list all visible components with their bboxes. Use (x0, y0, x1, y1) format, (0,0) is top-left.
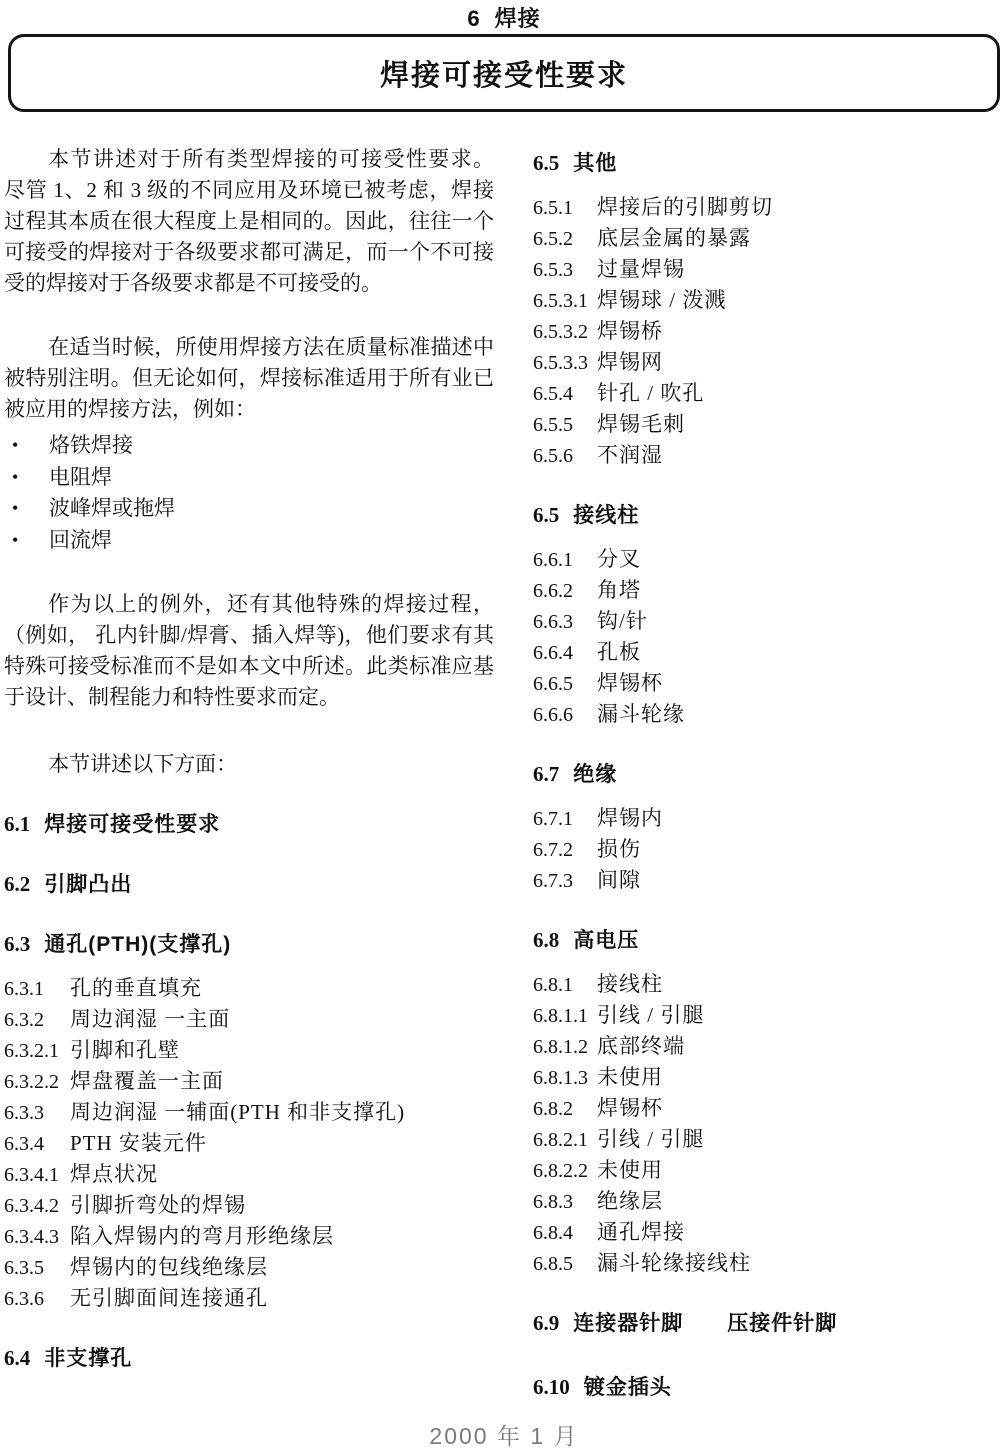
toc-item-number: 6.5.6 (533, 441, 597, 472)
toc-item: 6.6.1分叉 (533, 544, 1005, 575)
toc-heading-number: 6.5 (533, 151, 559, 175)
paragraph-methods: 在适当时候，所使用焊接方法在质量标准描述中被特别注明。但无论如何，焊接标准适用于… (4, 332, 494, 425)
toc-item-number: 6.8.1.2 (533, 1032, 597, 1063)
toc-item-number: 6.5.3.3 (533, 348, 597, 379)
toc-heading-label: 镀金插头 (584, 1376, 672, 1399)
toc-item-number: 6.7.3 (533, 866, 597, 897)
toc-item-number: 6.8.5 (533, 1249, 597, 1280)
toc-item: 6.6.4孔板 (533, 637, 1005, 668)
toc-item: 6.8.1.1引线 / 引腿 (533, 1000, 1005, 1031)
toc-item-number: 6.3.3 (4, 1098, 70, 1129)
toc-heading-label: 焊接可接受性要求 (44, 813, 220, 836)
toc-item-label: 通孔焊接 (597, 1220, 685, 1244)
toc-item-label: 漏斗轮缘 (597, 702, 685, 726)
toc-item: 6.3.4.3陷入焊锡内的弯月形绝缘层 (4, 1221, 494, 1252)
toc-item: 6.8.1接线柱 (533, 969, 1005, 1000)
toc-item-number: 6.6.2 (533, 576, 597, 607)
toc-item-label: 焊锡杯 (597, 671, 663, 695)
toc-heading-label: 非支撑孔 (44, 1347, 132, 1370)
bullet-icon: • (12, 462, 18, 494)
toc-heading-number: 6.7 (533, 762, 559, 786)
toc-item: 6.6.6漏斗轮缘 (533, 699, 1005, 730)
paragraph-overview: 本节讲述对于所有类型焊接的可接受性要求。 尽管 1、2 和 3 级的不同应用及环… (4, 144, 494, 299)
toc-item: 6.8.2焊锡杯 (533, 1093, 1005, 1124)
toc-item: 6.5.3.2焊锡桥 (533, 316, 1005, 347)
toc-item: 6.8.1.3未使用 (533, 1062, 1005, 1093)
toc-heading: 6.8高电压 (533, 925, 1005, 956)
toc-item: 6.3.1孔的垂直填充 (4, 973, 494, 1004)
toc-item: 6.3.5焊锡内的包线绝缘层 (4, 1252, 494, 1283)
toc-heading-label: 高电压 (573, 929, 639, 952)
toc-heading-number: 6.10 (533, 1375, 570, 1399)
toc-item-label: 钩/针 (597, 609, 648, 633)
toc-item: 6.3.3周边润湿 一辅面(PTH 和非支撑孔) (4, 1097, 494, 1128)
toc-item-number: 6.5.5 (533, 410, 597, 441)
toc-item-label: 角塔 (597, 578, 641, 602)
toc-item: 6.6.3钩/针 (533, 606, 1005, 637)
toc-item: 6.5.1焊接后的引脚剪切 (533, 192, 1005, 223)
toc-item-label: 引线 / 引腿 (597, 1127, 704, 1151)
toc-item: 6.5.3过量焊锡 (533, 254, 1005, 285)
toc-item: 6.3.6无引脚面间连接通孔 (4, 1283, 494, 1314)
toc-item: 6.3.2.2焊盘覆盖一主面 (4, 1066, 494, 1097)
toc-item: 6.5.3.3焊锡网 (533, 347, 1005, 378)
toc-item-number: 6.8.2.1 (533, 1125, 597, 1156)
toc-heading-number: 6.2 (4, 872, 30, 896)
toc-item-label: 焊锡内 (597, 806, 663, 830)
toc-item: 6.8.2.2未使用 (533, 1155, 1005, 1186)
toc-heading: 6.10镀金插头 (533, 1372, 1005, 1403)
toc-item-number: 6.3.2.1 (4, 1036, 70, 1067)
toc-heading-label: 连接器针脚 压接件针脚 (573, 1312, 837, 1335)
toc-item: 6.5.5焊锡毛刺 (533, 409, 1005, 440)
toc-item: 6.5.4针孔 / 吹孔 (533, 378, 1005, 409)
toc-item: 6.8.4通孔焊接 (533, 1217, 1005, 1248)
toc-item: 6.3.4.2引脚折弯处的焊锡 (4, 1190, 494, 1221)
toc-item-label: 孔的垂直填充 (70, 976, 202, 1000)
toc-item-number: 6.3.4.2 (4, 1191, 70, 1222)
toc-item-number: 6.3.6 (4, 1284, 70, 1315)
toc-item-number: 6.6.3 (533, 607, 597, 638)
toc-item-label: 孔板 (597, 640, 641, 664)
toc-item-label: 周边润湿 一辅面(PTH 和非支撑孔) (70, 1100, 405, 1124)
toc-item-label: 漏斗轮缘接线柱 (597, 1251, 751, 1275)
toc-item-number: 6.8.4 (533, 1218, 597, 1249)
toc-item-number: 6.5.3 (533, 255, 597, 286)
toc-item-label: 不润湿 (597, 443, 663, 467)
toc-item: 6.7.1焊锡内 (533, 803, 1005, 834)
toc-item-number: 6.5.4 (533, 379, 597, 410)
toc-item-label: 分叉 (597, 547, 641, 571)
toc-item-number: 6.5.1 (533, 193, 597, 224)
toc-heading-label: 其他 (573, 152, 617, 175)
paragraph-exceptions: 作为以上的例外，还有其他特殊的焊接过程，（例如， 孔内针脚/焊膏、插入焊等)，他… (4, 589, 494, 713)
list-item: • 回流焊 (4, 525, 494, 557)
toc-item-number: 6.6.6 (533, 700, 597, 731)
toc-item-number: 6.3.2 (4, 1005, 70, 1036)
chapter-header: 6焊接 (0, 2, 1008, 33)
toc-item-number: 6.6.5 (533, 669, 597, 700)
toc-item-label: 底部终端 (597, 1034, 685, 1058)
toc-heading: 6.3通孔(PTH)(支撑孔) (4, 929, 494, 960)
toc-item: 6.6.2角塔 (533, 575, 1005, 606)
toc-item-label: 底层金属的暴露 (597, 226, 751, 250)
toc-item-label: 焊锡球 / 泼溅 (597, 288, 726, 312)
toc-heading: 6.1焊接可接受性要求 (4, 809, 494, 840)
toc-item-label: 焊锡桥 (597, 319, 663, 343)
chapter-number: 6 (467, 6, 480, 31)
toc-heading-label: 绝缘 (573, 763, 617, 786)
toc-item: 6.3.4PTH 安装元件 (4, 1128, 494, 1159)
toc-item-label: 引脚折弯处的焊锡 (70, 1193, 246, 1217)
toc-item-label: 无引脚面间连接通孔 (70, 1286, 268, 1310)
toc-item-number: 6.3.1 (4, 974, 70, 1005)
toc-item-number: 6.8.2.2 (533, 1156, 597, 1187)
document-page: 6焊接 焊接可接受性要求 本节讲述对于所有类型焊接的可接受性要求。 尽管 1、2… (0, 0, 1008, 1454)
section-title-box: 焊接可接受性要求 (8, 34, 1000, 112)
toc-item-label: 焊锡内的包线绝缘层 (70, 1255, 268, 1279)
toc-item: 6.3.2周边润湿 一主面 (4, 1004, 494, 1035)
chapter-title: 焊接 (495, 6, 541, 31)
toc-heading: 6.7绝缘 (533, 759, 1005, 790)
toc-item: 6.8.2.1引线 / 引腿 (533, 1124, 1005, 1155)
toc-item-number: 6.3.2.2 (4, 1067, 70, 1098)
list-item-label: 电阻焊 (49, 465, 112, 489)
toc-item-label: 未使用 (597, 1065, 663, 1089)
toc-item-number: 6.5.2 (533, 224, 597, 255)
toc-heading: 6.5接线柱 (533, 500, 1005, 531)
toc-heading: 6.5其他 (533, 148, 1005, 179)
toc-heading: 6.9连接器针脚 压接件针脚 (533, 1308, 1005, 1339)
toc-item-number: 6.8.3 (533, 1187, 597, 1218)
toc-item-label: 周边润湿 一主面 (70, 1007, 230, 1031)
toc-item-label: 引线 / 引腿 (597, 1003, 704, 1027)
toc-item: 6.8.3绝缘层 (533, 1186, 1005, 1217)
toc-item-number: 6.6.4 (533, 638, 597, 669)
toc-heading-number: 6.3 (4, 932, 30, 956)
bullet-icon: • (12, 525, 18, 557)
footer-date: 2000 年 1 月 (0, 1418, 1008, 1451)
toc-item-label: 接线柱 (597, 972, 663, 996)
toc-item-label: 焊锡杯 (597, 1096, 663, 1120)
soldering-method-list: • 烙铁焊接 • 电阻焊 • 波峰焊或拖焊 • 回流焊 (4, 430, 494, 556)
toc-heading-number: 6.4 (4, 1346, 30, 1370)
toc-item: 6.8.1.2底部终端 (533, 1031, 1005, 1062)
right-column: 6.5其他 6.5.1焊接后的引脚剪切 6.5.2底层金属的暴露 6.5.3过量… (533, 130, 1005, 1416)
toc-item-number: 6.8.1.1 (533, 1001, 597, 1032)
toc-item-number: 6.7.2 (533, 835, 597, 866)
toc-item-label: 陷入焊锡内的弯月形绝缘层 (70, 1224, 334, 1248)
toc-item-label: 焊锡网 (597, 350, 663, 374)
list-item: • 电阻焊 (4, 462, 494, 494)
toc-heading-number: 6.8 (533, 928, 559, 952)
toc-item-label: 焊锡毛刺 (597, 412, 685, 436)
toc-heading-number: 6.1 (4, 812, 30, 836)
toc-item: 6.5.2底层金属的暴露 (533, 223, 1005, 254)
toc-item: 6.5.3.1焊锡球 / 泼溅 (533, 285, 1005, 316)
toc-heading-label: 引脚凸出 (44, 873, 132, 896)
toc-item-label: 针孔 / 吹孔 (597, 381, 704, 405)
toc-item: 6.5.6不润湿 (533, 440, 1005, 471)
bullet-icon: • (12, 493, 18, 525)
toc-item-number: 6.6.1 (533, 545, 597, 576)
list-item-label: 回流焊 (49, 528, 112, 552)
toc-item: 6.3.4.1焊点状况 (4, 1159, 494, 1190)
section-title: 焊接可接受性要求 (380, 53, 628, 94)
toc-item-label: 未使用 (597, 1158, 663, 1182)
toc-item-label: 间隙 (597, 868, 641, 892)
toc-heading-number: 6.5 (533, 503, 559, 527)
toc-item-number: 6.3.4.3 (4, 1222, 70, 1253)
list-item: • 烙铁焊接 (4, 430, 494, 462)
toc-item-label: 引脚和孔壁 (70, 1038, 180, 1062)
toc-heading-number: 6.9 (533, 1311, 559, 1335)
toc-heading: 6.4非支撑孔 (4, 1343, 494, 1374)
toc-item-label: 损伤 (597, 837, 641, 861)
toc-item: 6.3.2.1引脚和孔壁 (4, 1035, 494, 1066)
list-item: • 波峰焊或拖焊 (4, 493, 494, 525)
toc-heading-label: 接线柱 (573, 504, 639, 527)
toc-item-number: 6.8.1 (533, 970, 597, 1001)
toc-item: 6.6.5焊锡杯 (533, 668, 1005, 699)
left-column: 本节讲述对于所有类型焊接的可接受性要求。 尽管 1、2 和 3 级的不同应用及环… (4, 130, 494, 1387)
paragraph-intro: 本节讲述以下方面： (4, 749, 494, 780)
toc-item-number: 6.5.3.2 (533, 317, 597, 348)
toc-item-label: 过量焊锡 (597, 257, 685, 281)
toc-item-number: 6.7.1 (533, 804, 597, 835)
toc-heading-label: 通孔(PTH)(支撑孔) (44, 933, 231, 956)
toc-item: 6.7.3间隙 (533, 865, 1005, 896)
toc-heading: 6.2引脚凸出 (4, 869, 494, 900)
toc-item-number: 6.3.4.1 (4, 1160, 70, 1191)
bullet-icon: • (12, 430, 18, 462)
toc-item-number: 6.5.3.1 (533, 286, 597, 317)
list-item-label: 波峰焊或拖焊 (49, 496, 175, 520)
toc-item-number: 6.3.5 (4, 1253, 70, 1284)
toc-item-label: 焊接后的引脚剪切 (597, 195, 773, 219)
toc-item-label: PTH 安装元件 (70, 1131, 207, 1155)
toc-item: 6.8.5漏斗轮缘接线柱 (533, 1248, 1005, 1279)
toc-item-label: 绝缘层 (597, 1189, 663, 1213)
toc-item-number: 6.8.2 (533, 1094, 597, 1125)
toc-item-number: 6.3.4 (4, 1129, 70, 1160)
toc-item-number: 6.8.1.3 (533, 1063, 597, 1094)
toc-item: 6.7.2损伤 (533, 834, 1005, 865)
list-item-label: 烙铁焊接 (49, 433, 133, 457)
toc-item-label: 焊盘覆盖一主面 (70, 1069, 224, 1093)
toc-item-label: 焊点状况 (70, 1162, 158, 1186)
